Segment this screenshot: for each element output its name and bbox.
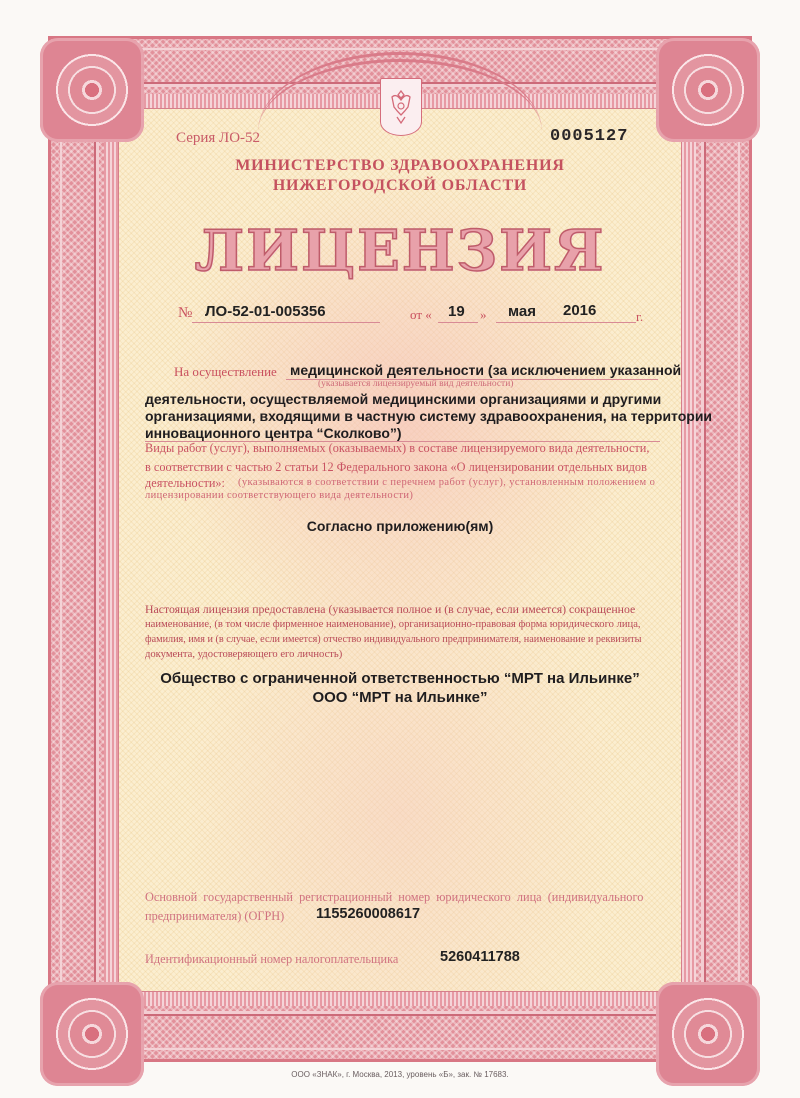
- issuer-line-1: МИНИСТЕРСТВО ЗДРАВООХРАНЕНИЯ: [150, 156, 650, 176]
- licensee-short-name: ООО “МРТ на Ильинке”: [130, 689, 670, 706]
- day-close-quote: »: [480, 307, 487, 323]
- document-title: ЛИЦЕНЗИЯ: [150, 218, 650, 284]
- ogrn-label-line-1: Основной государственный регистрационный…: [145, 888, 643, 907]
- licensee-full-name: Общество с ограниченной ответственностью…: [130, 670, 670, 687]
- number-underline: [192, 322, 380, 323]
- license-number: ЛО-52-01-005356: [205, 303, 326, 320]
- printer-imprint: ООО «ЗНАК», г. Москва, 2013, уровень «Б»…: [0, 1070, 800, 1079]
- license-month: мая: [508, 303, 536, 320]
- month-year-underline: [496, 322, 636, 323]
- blank-number: 0005127: [550, 127, 628, 146]
- inn-value: 5260411788: [440, 949, 520, 965]
- ogrn-value: 1155260008617: [316, 906, 420, 922]
- inn-label: Идентификационный номер налогоплательщик…: [145, 950, 398, 969]
- activity-hint: (указывается лицензируемый вид деятельно…: [318, 379, 513, 389]
- number-prefix: №: [178, 305, 192, 322]
- date-from-label: от «: [410, 307, 432, 323]
- activity-value-line-1: медицинской деятельности (за исключением…: [290, 362, 681, 379]
- coat-of-arms-icon: [380, 78, 422, 136]
- license-year: 2016: [563, 302, 596, 319]
- year-suffix: г.: [636, 309, 643, 325]
- works-line-4-hint: лицензировании соответствующего вида дея…: [145, 490, 413, 501]
- activity-value-line-3: организациями, входящими в частную систе…: [145, 408, 712, 425]
- activity-value-line-2: деятельности, осуществляемой медицинским…: [145, 391, 661, 408]
- corner-rosette-icon: [40, 38, 144, 142]
- day-underline: [438, 322, 478, 323]
- licensee-label-line-4: документа, удостоверяющего его личность): [145, 645, 342, 664]
- license-day: 19: [448, 303, 465, 320]
- issuer-line-2: НИЖЕГОРОДСКОЙ ОБЛАСТИ: [150, 176, 650, 196]
- series-label: Серия ЛО-52: [176, 130, 260, 147]
- ogrn-label-line-2: предпринимателя) (ОГРН): [145, 907, 284, 926]
- works-line-1: Виды работ (услуг), выполняемых (оказыва…: [145, 439, 649, 458]
- activity-label: На осуществление: [174, 364, 277, 380]
- works-line-3-hint: (указываются в соответствии с перечнем р…: [238, 477, 655, 488]
- works-value: Согласно приложению(ям): [150, 518, 650, 535]
- corner-rosette-icon: [656, 38, 760, 142]
